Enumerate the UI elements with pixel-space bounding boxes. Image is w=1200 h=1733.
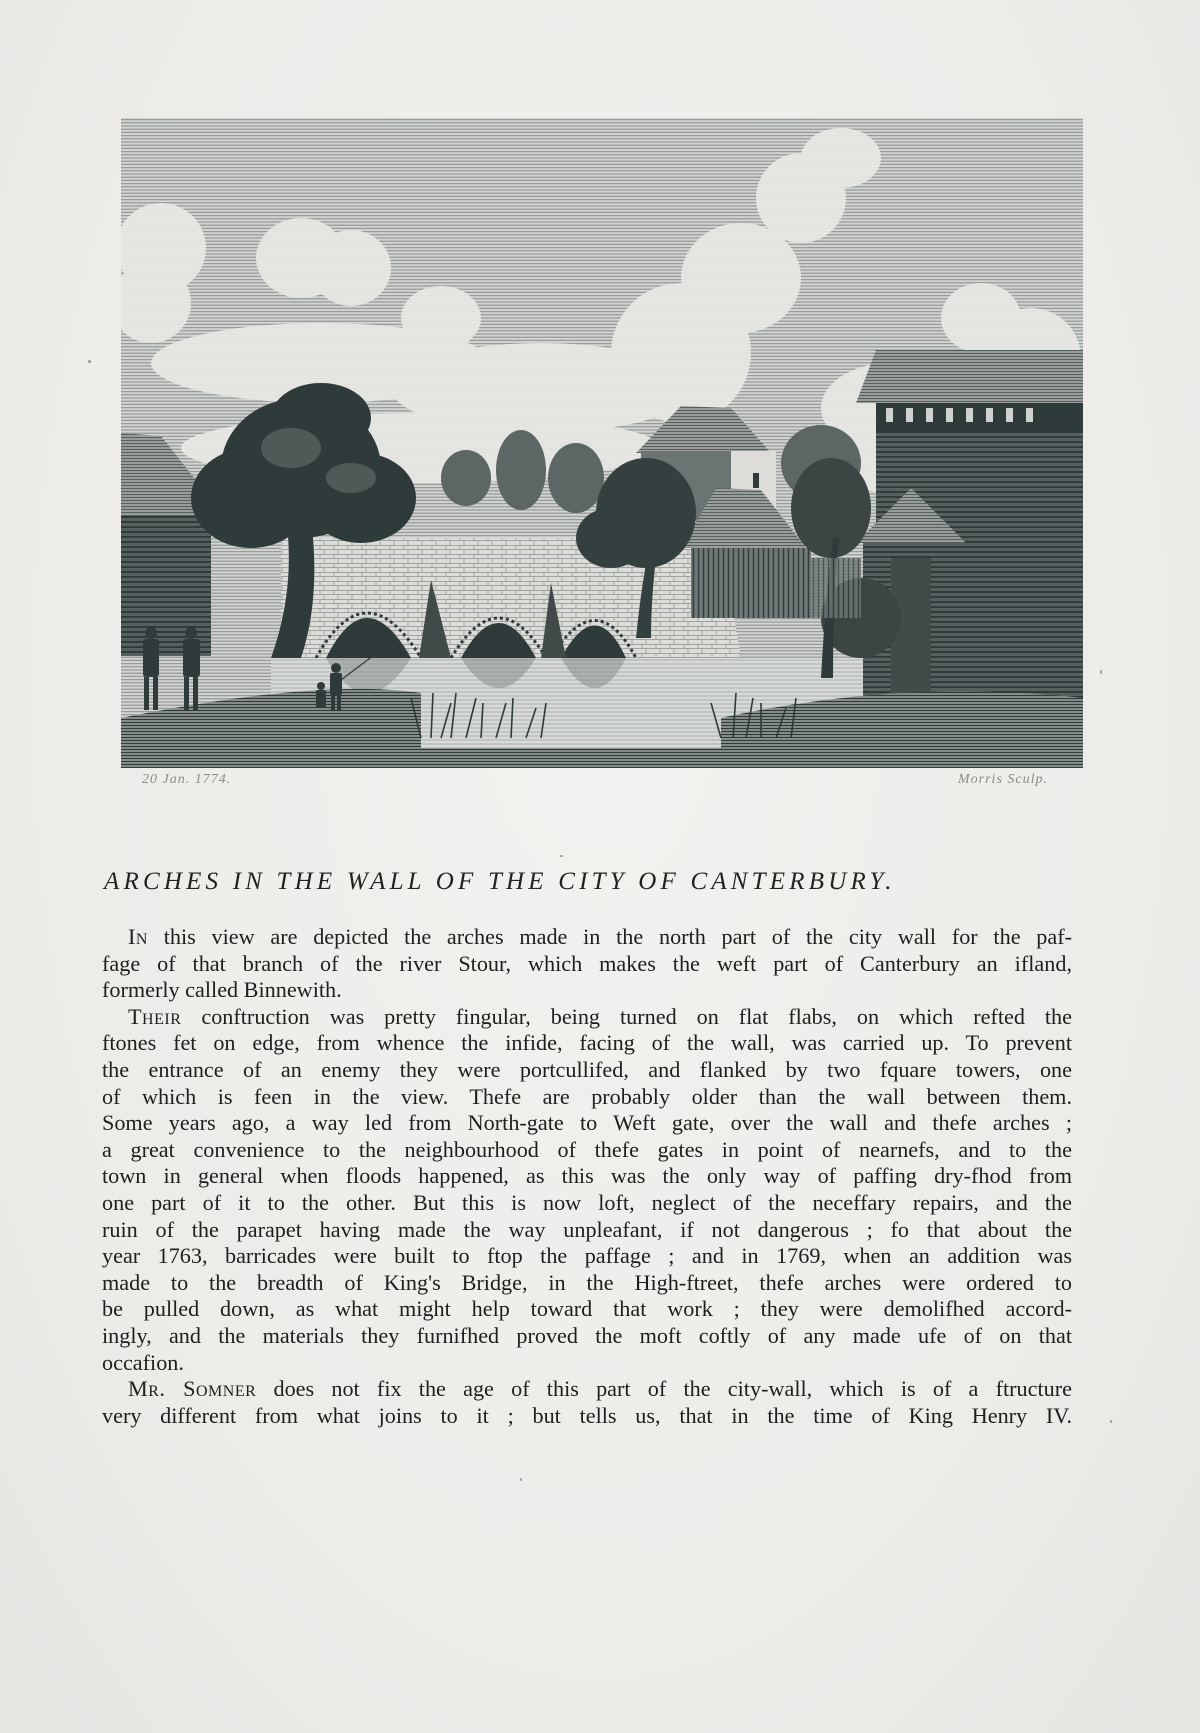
book-page: 20 Jan. 1774. Morris Sculp. ARCHES IN TH… <box>0 0 1200 1733</box>
paragraph-1-line-2: fage of that branch of the river Stour, … <box>102 951 1072 978</box>
page-title: ARCHES IN THE WALL OF THE CITY OF CANTER… <box>104 868 1084 896</box>
paragraph-2-line-4: of which is feen in the view. Thefe are … <box>102 1084 1072 1111</box>
paper-speck <box>1110 1420 1112 1423</box>
paragraph-2-line-11: made to the breadth of King's Bridge, in… <box>102 1270 1072 1297</box>
paragraph-1-line-3: formerly called Binnewith. <box>102 977 1072 1004</box>
paragraph-2-line-8: one part of it to the other. But this is… <box>102 1190 1072 1217</box>
paragraph-2-line-7: town in general when floods happened, as… <box>102 1163 1072 1190</box>
paragraph-2-line-12: be pulled down, as what might help towar… <box>102 1296 1072 1323</box>
plate-engraver-caption: Morris Sculp. <box>958 772 1048 788</box>
paper-speck <box>520 1478 522 1481</box>
paragraph-2-line-2: ftones fet on edge, from whence the infi… <box>102 1030 1072 1057</box>
paragraph-3-line-2: very different from what joins to it ; b… <box>102 1403 1072 1430</box>
engraving-illustration <box>121 118 1083 768</box>
paper-speck <box>1100 670 1102 674</box>
paragraph-2-line-6: a great convenience to the neighbourhood… <box>102 1137 1072 1164</box>
engraving-plate <box>121 118 1083 768</box>
paragraph-2-line-3: the entrance of an enemy they were portc… <box>102 1057 1072 1084</box>
paragraph-2-lead: Their <box>128 1004 181 1029</box>
paragraph-2-line-9: ruin of the parapet having made the way … <box>102 1217 1072 1244</box>
paragraph-2-line-5: Some years ago, a way led from North-gat… <box>102 1110 1072 1137</box>
paragraph-1-line-1: In this view are depicted the arches mad… <box>102 924 1072 951</box>
paper-speck <box>88 360 91 363</box>
paragraph-1-lead: In <box>128 924 148 949</box>
paragraph-2-line-14: occafion. <box>102 1350 1072 1377</box>
body-text: In this view are depicted the arches mad… <box>102 924 1072 1429</box>
paragraph-3-line-1: Mr. Somner does not fix the age of this … <box>102 1376 1072 1403</box>
paragraph-3-lead: Mr. Somner <box>128 1376 256 1401</box>
paper-speck <box>560 855 563 857</box>
paragraph-2-line-1: Their conftruction was pretty fingular, … <box>102 1004 1072 1031</box>
paragraph-2-line-13: ingly, and the materials they furnifhed … <box>102 1323 1072 1350</box>
paragraph-2-line-10: year 1763, barricades were built to ftop… <box>102 1243 1072 1270</box>
plate-date-caption: 20 Jan. 1774. <box>142 772 231 788</box>
